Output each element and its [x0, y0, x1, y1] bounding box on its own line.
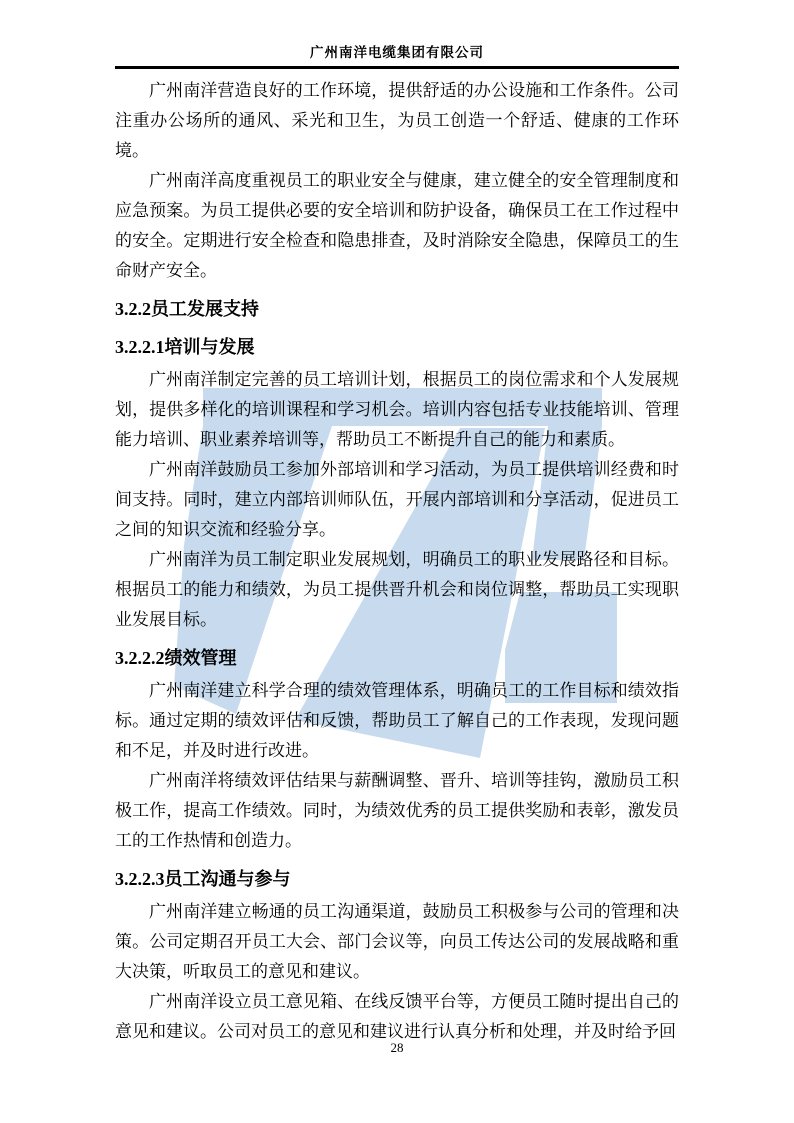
page-number: 28	[0, 1040, 794, 1056]
paragraph-feedback-platforms: 广州南洋设立员工意见箱、在线反馈平台等，方便员工随时提出自己的意见和建议。公司对…	[115, 987, 679, 1047]
page-content: 广州南洋电缆集团有限公司 广州南洋营造良好的工作环境，提供舒适的办公设施和工作条…	[0, 0, 794, 1047]
paragraph-safety-health: 广州南洋高度重视员工的职业安全与健康，建立健全的安全管理制度和应急预案。为员工提…	[115, 166, 679, 286]
document-page: 广州南洋电缆集团有限公司 广州南洋营造良好的工作环境，提供舒适的办公设施和工作条…	[0, 0, 794, 1123]
header-company-name: 广州南洋电缆集团有限公司	[115, 44, 679, 62]
paragraph-external-training: 广州南洋鼓励员工参加外部培训和学习活动，为员工提供培训经费和时间支持。同时，建立…	[115, 455, 679, 545]
paragraph-training-plan: 广州南洋制定完善的员工培训计划，根据员工的岗位需求和个人发展规划，提供多样化的培…	[115, 365, 679, 455]
header-rule	[115, 66, 679, 69]
paragraph-career-planning: 广州南洋为员工制定职业发展规划，明确员工的职业发展路径和目标。根据员工的能力和绩…	[115, 545, 679, 635]
paragraph-performance-system: 广州南洋建立科学合理的绩效管理体系，明确员工的工作目标和绩效指标。通过定期的绩效…	[115, 676, 679, 766]
paragraph-communication-channels: 广州南洋建立畅通的员工沟通渠道，鼓励员工积极参与公司的管理和决策。公司定期召开员…	[115, 897, 679, 987]
paragraph-work-environment: 广州南洋营造良好的工作环境，提供舒适的办公设施和工作条件。公司注重办公场所的通风…	[115, 76, 679, 166]
section-heading-communication-participation: 3.2.2.3员工沟通与参与	[115, 864, 679, 894]
section-heading-employee-development: 3.2.2员工发展支持	[115, 294, 679, 324]
paragraph-performance-incentives: 广州南洋将绩效评估结果与薪酬调整、晋升、培训等挂钩，激励员工积极工作，提高工作绩…	[115, 766, 679, 856]
section-heading-performance-management: 3.2.2.2绩效管理	[115, 643, 679, 673]
section-heading-training-development: 3.2.2.1培训与发展	[115, 332, 679, 362]
